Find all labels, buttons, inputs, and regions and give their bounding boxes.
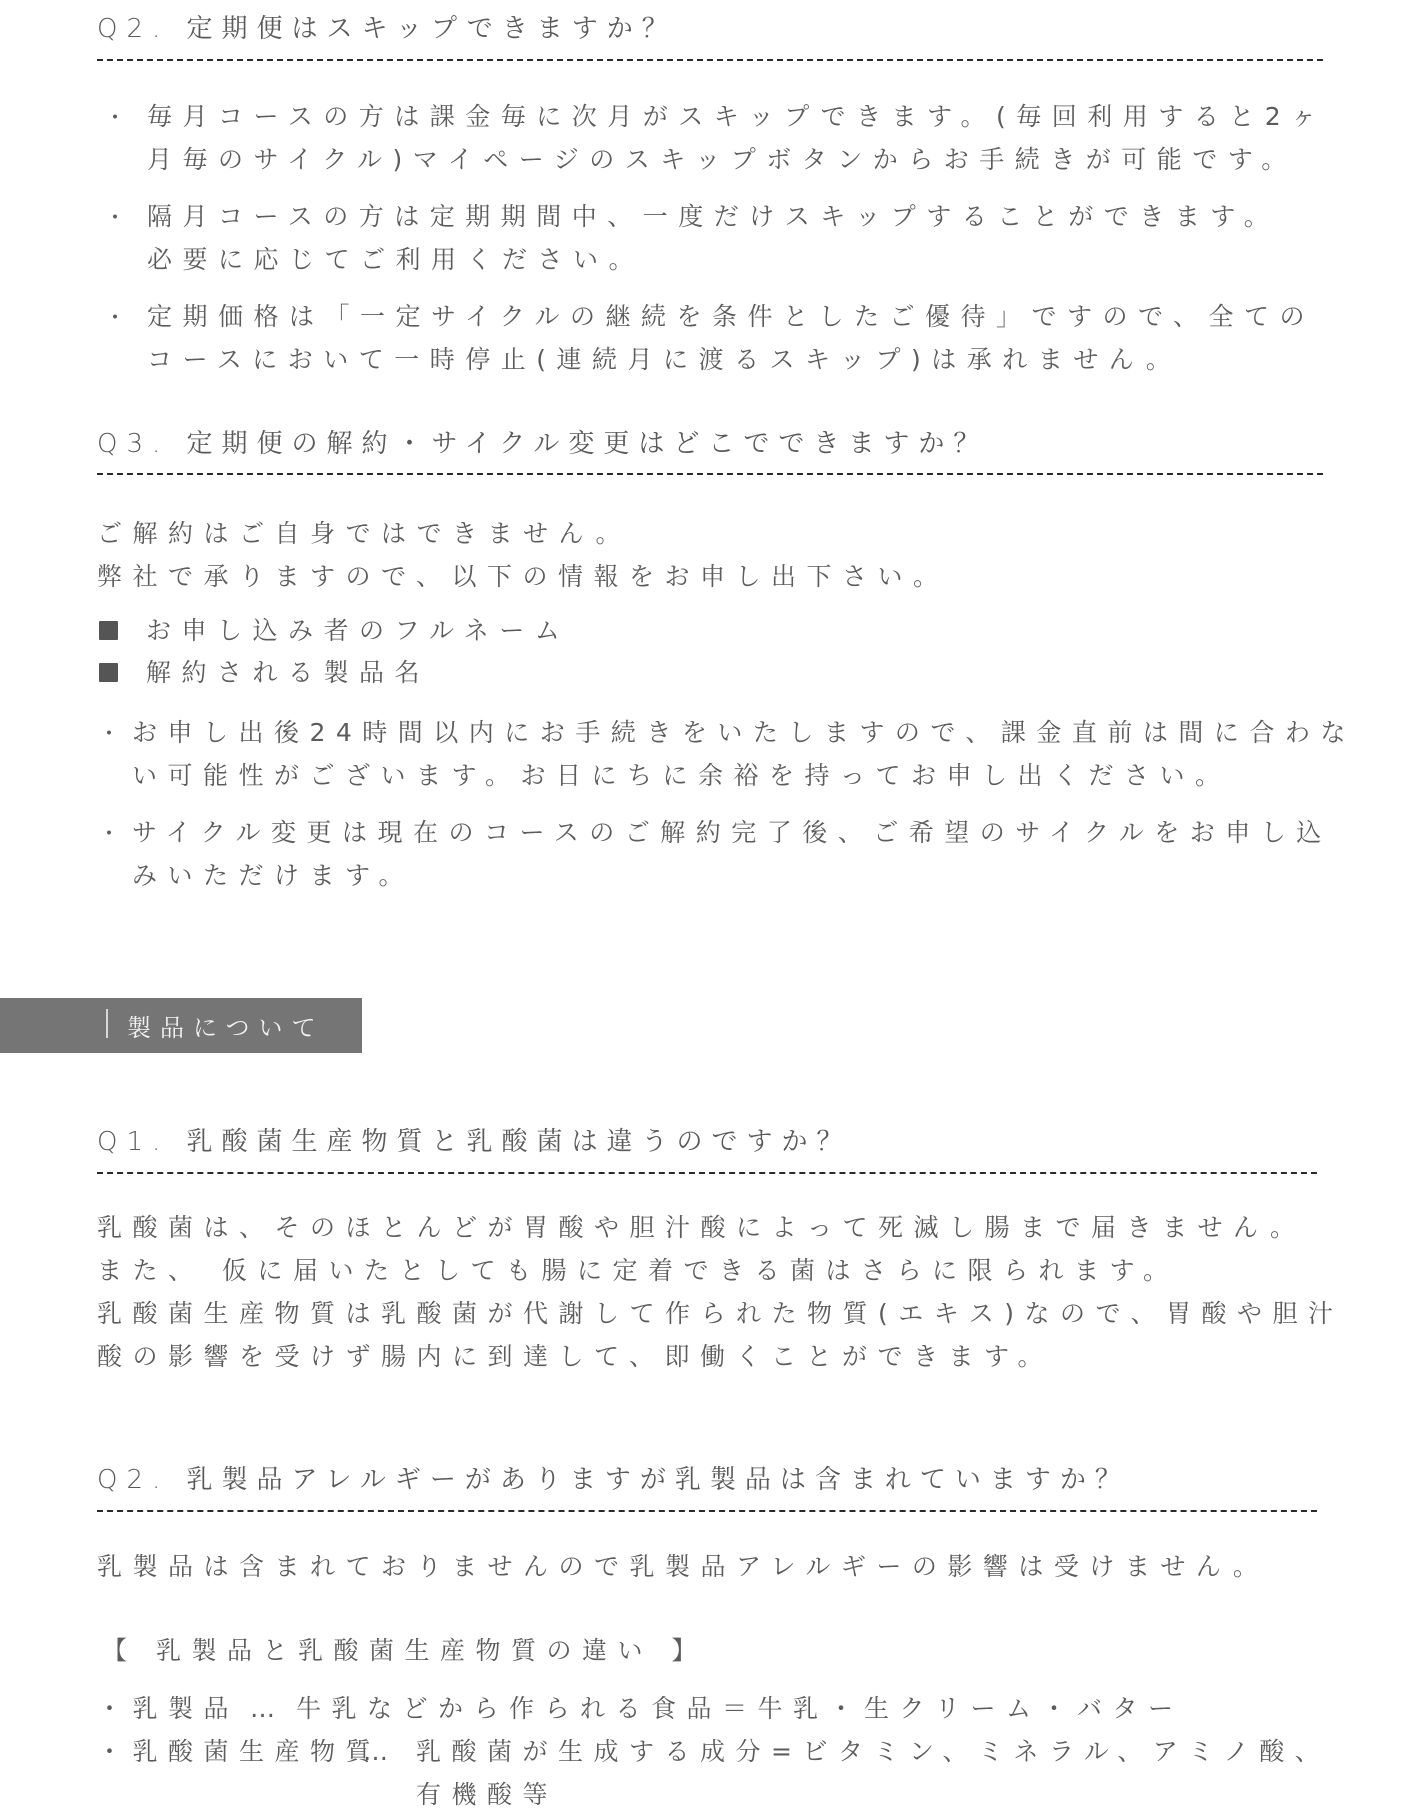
answer-line: また、 仮に届いたとしても腸に定着できる菌はさらに限られます。 bbox=[97, 1249, 1178, 1292]
list-item-line: お申し出後24時間以内にお手続きをいたしますので、課金直前は間に合わな bbox=[132, 711, 1356, 754]
answer-line: 乳酸菌は、そのほとんどが胃酸や胆汁酸によって死滅し腸まで届きません。 bbox=[97, 1206, 1306, 1249]
answer-line: 乳製品は含まれておりませんので乳製品アレルギーの影響は受けません。 bbox=[97, 1545, 1268, 1588]
faq-question-title: Q2. 乳製品アレルギーがありますが乳製品は含まれていますか？ bbox=[97, 1459, 1130, 1496]
list-item-line: 月毎のサイクル)マイページのスキップボタンからお手続きが可能です。 bbox=[147, 138, 1297, 181]
section-header-products: 製品について bbox=[0, 998, 362, 1053]
comparison-definition: 有機酸等 bbox=[416, 1773, 558, 1816]
answer-line: 酸の影響を受けず腸内に到達して、即働くことができます。 bbox=[97, 1335, 1053, 1378]
bullet-icon: ・ bbox=[98, 817, 120, 848]
dashed-divider bbox=[97, 473, 1323, 475]
dashed-divider bbox=[97, 59, 1323, 61]
bullet-icon: ・ bbox=[104, 201, 126, 232]
list-item-line: コースにおいて一時停止(連続月に渡るスキップ)は承れません。 bbox=[147, 338, 1181, 381]
dashed-divider bbox=[97, 1172, 1317, 1174]
comparison-term: ・乳酸菌生産物質 bbox=[97, 1730, 381, 1773]
comparison-definition: 牛乳などから作られる食品＝牛乳・生クリーム・バター bbox=[296, 1687, 1184, 1730]
list-item: お申し込み者のフルネーム bbox=[146, 609, 570, 652]
section-header-label: 製品について bbox=[127, 1008, 325, 1043]
ellipsis-separator: … bbox=[363, 1730, 399, 1773]
bullet-icon: ・ bbox=[104, 301, 126, 332]
bullet-icon: ・ bbox=[104, 101, 126, 132]
faq-question-title: Q2. 定期便はスキップできますか？ bbox=[97, 8, 677, 45]
list-item: 解約される製品名 bbox=[146, 651, 430, 694]
faq-question-title: Q1. 乳酸菌生産物質と乳酸菌は違うのですか？ bbox=[97, 1121, 852, 1158]
list-item-line: 毎月コースの方は課金毎に次月がスキップできます。(毎回利用すると2ヶ bbox=[147, 95, 1327, 138]
pipe-divider-icon bbox=[106, 1009, 108, 1038]
comparison-term: ・乳製品 bbox=[97, 1687, 239, 1730]
dashed-divider bbox=[97, 1510, 1317, 1512]
square-bullet-icon bbox=[99, 621, 118, 640]
list-item-line: サイクル変更は現在のコースのご解約完了後、ご希望のサイクルをお申し込 bbox=[132, 811, 1332, 854]
bullet-icon: ・ bbox=[98, 717, 120, 748]
square-bullet-icon bbox=[99, 663, 118, 682]
comparison-heading: 【 乳製品と乳酸菌生産物質の違い 】 bbox=[102, 1629, 707, 1672]
list-item-line: い可能性がございます。お日にちに余裕を持ってお申し出ください。 bbox=[132, 754, 1231, 797]
list-item-line: 定期価格は「一定サイクルの継続を条件としたご優待」ですので、全ての bbox=[147, 295, 1315, 338]
answer-line: 弊社で承りますので、以下の情報をお申し出下さい。 bbox=[97, 555, 949, 598]
list-item-line: 隔月コースの方は定期期間中、一度だけスキップすることができます。 bbox=[147, 195, 1279, 238]
answer-line: 乳酸菌生産物質は乳酸菌が代謝して作られた物質(エキス)なので、胃酸や胆汁 bbox=[97, 1292, 1344, 1335]
ellipsis-separator: … bbox=[250, 1687, 286, 1730]
list-item-line: 必要に応じてご利用ください。 bbox=[147, 238, 644, 281]
comparison-definition: 乳酸菌が生成する成分=ビタミン、ミネラル、アミノ酸、 bbox=[416, 1730, 1330, 1773]
faq-question-title: Q3. 定期便の解約・サイクル変更はどこでできますか？ bbox=[97, 423, 988, 460]
list-item-line: みいただけます。 bbox=[132, 854, 414, 897]
answer-line: ご解約はご自身ではできません。 bbox=[97, 512, 631, 555]
